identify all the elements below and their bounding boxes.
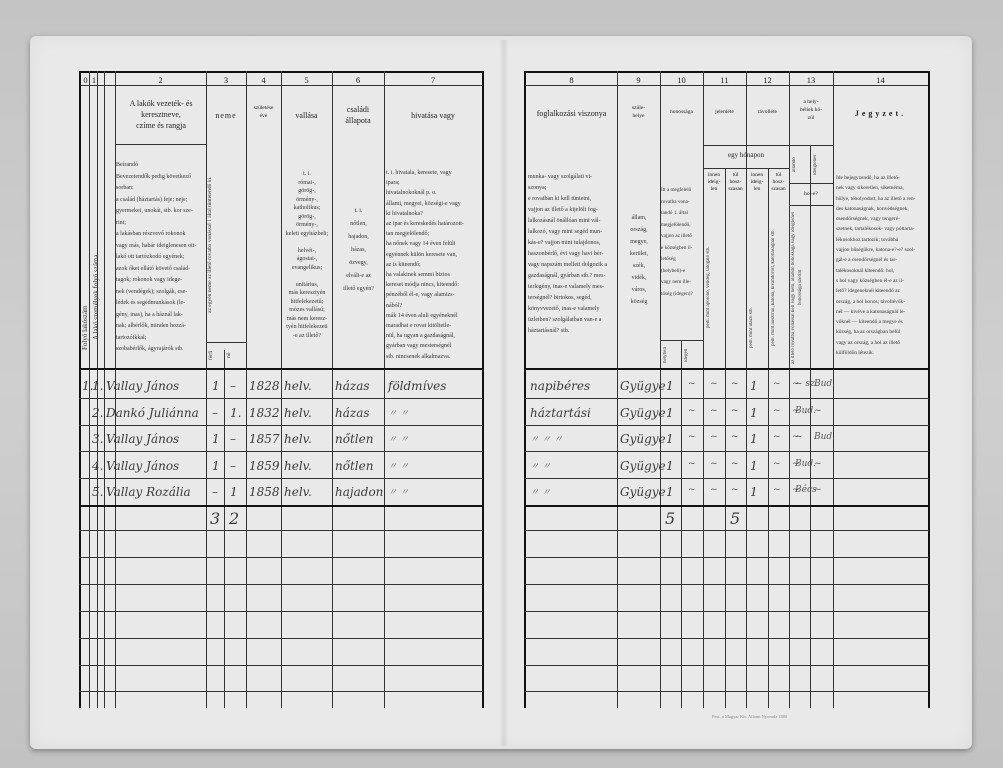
cell-name: Vallay János [106,379,179,393]
instruction-line: gyermekei, unokái, stb. kor sze- [116,206,206,218]
header-absence: távolléte [746,108,789,116]
cell-local-permanent: Bud. [795,406,816,416]
total-local: 5 [665,509,675,528]
instruction-line: község [618,296,660,308]
row-divider [524,584,929,585]
instruction-line: tagok; rokonok vagy idege- [116,275,206,287]
cell-occupation: 〃 〃 [388,406,409,419]
instruction-line: ország, a hol honos; távollévők- [836,297,928,307]
row-divider [79,638,483,639]
cell-birthplace: Gyügye [620,379,666,393]
subheader-absent-long: túl hosz- szasan [768,172,789,193]
row-divider [524,557,929,558]
vertical-instruction-present: pédl. mint ápolónő, vendég, látogató stb… [704,210,725,365]
instructions-birthplace: állam,ország,megye,kerület,szék,vidék,vá… [618,212,660,308]
column-number: 11 [703,75,746,85]
row-divider [79,530,483,531]
header-line: hosz- [768,179,789,186]
instructions-employment: munka- vagy szolgálati vi-szonya;e rovat… [528,172,616,337]
column-number: 8 [526,75,617,85]
cell-person-number: 3. [92,432,103,446]
subheader-one-month: egy hónapon [703,150,789,161]
header-line: szasan [725,186,746,193]
cell-present-long: ~ [731,379,739,389]
row-divider [79,505,483,507]
cell-birth-year: 1828 [249,379,280,393]
cell-local-temporary: Bud. [814,432,835,442]
instruction-line: tőség (idegen)? [661,289,703,301]
instructions-citizenship: Itt a megfelelőrovatba vona-tandó 1. ált… [661,185,703,300]
column-number: 5 [281,75,332,85]
cell-marital-status: nőtlen [335,432,373,446]
subheader-temporary: ideiglenes [811,148,833,181]
instruction-line: háztartásnál? stb. [528,326,616,337]
row-divider [524,478,929,479]
header-line: czíme és rangja [116,120,206,131]
instruction-line: Beírandó [116,160,206,172]
header-line: keresztneve, [116,109,206,120]
instruction-line: város, [618,284,660,296]
instruction-line: görög-, [282,187,332,196]
instruction-line: hajadon, [333,231,384,244]
cell-person-number: 2. [92,406,103,420]
column-number: 10 [660,75,703,85]
instruction-line: házas, [333,244,384,257]
cell-local-permanent: Bud. [795,459,816,469]
instruction-line: -e az illető? [282,332,332,341]
instruction-line: egyénnek külön keresete van, [386,250,482,260]
instruction-line: maradhat e rovat kitöltetle- [386,321,482,331]
header-name-column: A lakók vezeték- és keresztneve, czíme é… [116,98,206,131]
instruction-line: (helybeli)-e [661,266,703,278]
row-divider [524,530,929,531]
instruction-line: nül, ha ugyan a gazdaságnál, [386,331,482,341]
instruction-line: szonya; [528,183,616,194]
instruction-line: stb. nincsenek alkalmazva. [386,352,482,362]
cell-religion: helv. [284,459,312,473]
row-divider [79,478,483,479]
instruction-line: a lakásban részvevő rokonok [116,229,206,241]
header-line: születése [246,104,281,112]
cell-present-short: ~ [710,379,718,389]
instruction-line: terlegény, inas-e valamely mes- [528,282,616,293]
instruction-line: Ide bejegyzendő, ha az illető- [836,173,928,183]
cell-foreign: ~ [688,379,696,389]
total-male: 3 [210,509,220,528]
subheader-present-long: túl hosz- szasan [725,172,746,193]
printer-note: Pest, a Magyar Kir. Állami Nyomda 1880 [712,714,787,719]
cell-local-temporary: ~ [814,459,822,469]
label-sex-instruction: az egyén neme az illető rovatba vonással… [207,155,245,335]
row-divider [524,398,929,399]
cell-local-temporary: ~ [814,485,822,495]
cell-male: – [212,406,218,420]
instruction-line: lakó ott tartózkodó egyének; [116,252,206,264]
cell-female: 1 [230,485,238,499]
header-line: helye [617,112,660,120]
instruction-line: állami, megyei, községi-e vagy [386,199,482,209]
cell-birthplace: Gyügye [620,485,666,499]
instruction-line: nél — kivéve a katonaságnál le- [836,307,928,317]
cell-present: 1 [750,459,758,473]
header-employment: foglalkozási viszonya [526,108,617,119]
page-fold [499,40,509,746]
instruction-line: sorban: [116,183,206,195]
instruction-line: nek vagy sikeretlen, siketnéma, [836,183,928,193]
cell-present-long: ~ [731,406,739,416]
instruction-line: illető egyén? [333,283,384,296]
cell-absent: ~ [773,459,781,469]
instruction-line: mák 14 éven aluli egyéneknél [386,311,482,321]
instruction-line: unitárius, [282,281,332,290]
instruction-line [282,272,332,281]
instructions-occupation: t. i. hivatala, keresete, vagyipara;hiva… [386,168,482,362]
cell-employment: 〃 〃 [530,485,551,498]
instruction-line: szobabérlők, ágyrajárók stb. [116,344,206,356]
instruction-line: vagy nem ille- [661,277,703,289]
cell-female: – [230,459,236,473]
header-line: szasan [768,186,789,193]
instruction-line: lalkozásnál önállóan mint vál- [528,216,616,227]
instruction-line: örmény-, [282,221,332,230]
cell-employment: 〃 〃 [530,459,551,472]
instruction-line: lalkozó, vagy mint segéd mun- [528,227,616,238]
instruction-line: ki hivatalnoka? [386,209,482,219]
header-line: túl [768,172,789,179]
subheader-local: helybeli [661,344,681,366]
instruction-line: hitfelekezetű; [282,298,332,307]
cell-present-long: ~ [731,432,739,442]
vertical-instruction-absent-short: pédl. mint utazó stb. [747,290,768,365]
cell-absent: ~ [773,485,781,495]
row-divider [79,451,483,452]
cell-foreign: ~ [688,432,696,442]
instruction-line: pénzéből él-e, vagy alamizs- [386,290,482,300]
header-line: zül [789,114,833,122]
cell-name: Vallay János [106,432,179,446]
instruction-line: gény, inas), ha a háznál lak- [116,310,206,322]
row-divider [524,665,929,666]
header-line: állapota [332,115,384,126]
cell-employment: háztartási [530,406,591,420]
header-line: innen [703,172,725,179]
instruction-line: letőség [661,254,703,266]
cell-occupation: földmíves [388,379,446,393]
column-number: 6 [332,75,384,85]
label-male: férfi [207,345,224,365]
instruction-line: haszonbérlő, évi vagy havi bér- [528,249,616,260]
header-line: családi [332,104,384,115]
cell-birth-year: 1859 [249,459,280,473]
header-line: szüle- [617,104,660,112]
cell-local-temporary: Bud. [814,379,835,389]
instruction-line: vagy napszám mellett dolgozik a [528,260,616,271]
instruction-line: nőtlen, [333,218,384,231]
cell-present-long: ~ [731,459,739,469]
header-locals: a hely- béliek kö- zül [789,98,833,122]
cell-religion: helv. [284,485,312,499]
cell-male: 1 [212,459,220,473]
cell-person-number: 4. [92,459,103,473]
cell-religion: helv. [284,379,312,393]
cell-local: 1 [666,406,674,420]
instruction-line: vajjon hűségükre, katona-e?-e? szol- [836,245,928,255]
instructions-religion: t. i.római-,görög-,örmény-,katholikus;gö… [282,170,332,340]
row-divider [79,611,483,612]
instruction-line: munka- vagy szolgálati vi- [528,172,616,183]
instruction-line: özvegy, [333,257,384,270]
instruction-line: terségnél? birtokos, segéd, [528,293,616,304]
column-number: 4 [246,75,281,85]
instruction-line: hülye, tébolyodott, ha az illető a ren- [836,194,928,204]
cell-present: 1 [750,406,758,420]
cell-present-long: ~ [731,485,739,495]
row-divider [524,451,929,452]
column-number: 9 [617,75,660,85]
instruction-line: más keresztyén [282,289,332,298]
instruction-line: e rovatban ki kell tüntetni, [528,194,616,205]
instruction-line: keleti egyházbeli; [282,230,332,239]
header-line: éve [246,112,281,120]
header-line: ideig- [746,179,768,186]
instruction-line: ipara; [386,178,482,188]
instruction-line: görög-, [282,213,332,222]
column-number: 0 [82,75,89,85]
total-female: 2 [229,509,239,528]
instruction-line: lédek és segédmunkások (le- [116,298,206,310]
instruction-line: ha nőnek vagy 14 éven felüli [386,239,482,249]
cell-present: 1 [750,432,758,446]
instruction-line: örmény-, [282,196,332,205]
cell-employment: napibéres [530,379,590,393]
cell-female: 1. [230,406,241,420]
instruction-line: ha valakinek semmi biztos [386,270,482,280]
instruction-line: az is kiteendő; [386,260,482,270]
cell-male: 1 [212,432,220,446]
instruction-line: t. i. [282,170,332,179]
cell-local-temporary: ~ [814,406,822,416]
cell-foreign: ~ [688,459,696,469]
header-birthplace: szüle- helye [617,104,660,120]
subheader-foreign: idegen [682,344,703,366]
row-divider [524,505,929,507]
header-line: innen [746,172,768,179]
instruction-line: Bevezetendők pedig következő [116,172,206,184]
instruction-line: kereset módja nincs, kiteendő: [386,280,482,290]
row-divider [79,557,483,558]
header-line: hosz- [725,179,746,186]
instruction-line [282,238,332,247]
instruction-line: nából? [386,301,482,311]
instruction-line: megye, [618,236,660,248]
instruction-line: tan megjelölendő; [386,229,482,239]
row-divider [79,665,483,666]
cell-female: – [230,432,236,446]
cell-birth-year: 1858 [249,485,280,499]
header-birth-year: születése éve [246,104,281,120]
cell-foreign: ~ [688,406,696,416]
instruction-line: római-, [282,179,332,188]
column-number: 13 [789,75,833,85]
cell-absent: ~ [773,379,781,389]
instruction-line: gyárban vagy mesterségnél [386,341,482,351]
instruction-line: e községben il- [661,243,703,255]
instruction-line: vajjon az illető a kijelölt fog- [528,205,616,216]
instruction-line: talékosoknál kiteendő: hol, [836,266,928,276]
header-line: len [703,186,725,193]
instruction-line: Itt a megfelelő [661,185,703,197]
instruction-line: t. i. [333,205,384,218]
cell-employment: 〃 〃 〃 [530,432,563,445]
instruction-line: az ipar és kereskedés határozott- [386,219,482,229]
instruction-line: könyvvezető, inas-e valamely [528,304,616,315]
subheader-present-short: innen ideig- len [703,172,725,193]
label-female: nő [225,345,245,365]
label-house-number: Folyó lakószám [81,290,89,365]
instruction-line: ágostai-, [282,255,332,264]
cell-marital-status: házas [335,406,370,420]
instruction-line: külföldön létezik. [836,348,928,358]
cell-name: Vallay Rozália [106,485,191,499]
header-sex: neme [206,110,246,121]
header-marital-status: családi állapota [332,104,384,126]
cell-absent: ~ [773,406,781,416]
header-religion: vallása [281,110,332,121]
cell-present-short: ~ [710,432,718,442]
header-occupation: hivatása vagy [384,110,482,121]
header-line: a hely- [789,98,833,106]
cell-marital-status: nőtlen [335,459,373,473]
instruction-line: szetnek, tartalékosok- vagy póttarta- [836,224,928,234]
cell-birth-year: 1832 [249,406,280,420]
cell-name: Vallay János [106,459,179,473]
row-divider [524,691,929,692]
instruction-line: hivatalnokoknál p. o. [386,188,482,198]
subheader-permanent: állandó [790,150,810,180]
row-divider [524,638,929,639]
instruction-line: más nem keresz- [282,315,332,324]
total-present: 5 [730,509,740,528]
instruction-line: község, ha az országban belül [836,327,928,337]
column-number: 14 [833,75,928,85]
instruction-line: nak; albérlők, minden hozzá- [116,321,206,333]
instruction-line: lékosokhoz tartozik; továbbá [836,235,928,245]
cell-person-number: 1. [92,379,103,393]
instruction-line: azok őket ellátó követő család- [116,264,206,276]
instruction-line: nek (vendégek); szolgák, cse- [116,287,206,299]
cell-marital-status: házas [335,379,370,393]
instruction-line: megjelölendő, [661,220,703,232]
row-divider [524,611,929,612]
cell-birth-year: 1857 [249,432,280,446]
header-line: ideig- [703,179,725,186]
header-line: len [746,186,768,193]
cell-marital-status: hajadon [335,485,383,499]
cell-present-short: ~ [710,459,718,469]
instruction-line: evangelikus; [282,264,332,273]
column-number: 3 [206,75,246,85]
header-line: túl [725,172,746,179]
row-divider [79,425,483,426]
instruction-line: elvált-e az [333,270,384,283]
instruction-line: vajjon az illető [661,231,703,243]
column-number: 1 [91,75,97,85]
row-divider [524,425,929,426]
instruction-line: gazdaságnál, gyárban stb.? mes- [528,271,616,282]
instruction-line: vidék, [618,272,660,284]
cell-male: 1 [212,379,220,393]
instruction-line: mózes vallású; [282,306,332,315]
cell-absent: ~ [773,432,781,442]
cell-local: 1 [666,432,674,446]
subheader-where: hol-e? [789,190,833,198]
label-person-number: A lakó személyek folyó száma [92,230,98,365]
instruction-line: vagy más, habár ideiglenesen ott- [116,241,206,253]
instruction-line: vagy az ország, a hol az illető [836,338,928,348]
row-divider [79,691,483,692]
instruction-line: rovatba vona- [661,197,703,209]
cell-birthplace: Gyügye [620,406,666,420]
row-divider [79,584,483,585]
cell-local: 1 [666,485,674,499]
cell-female: – [230,379,236,393]
subheader-absent-short: innen ideig- len [746,172,768,193]
instruction-line: állam, [618,212,660,224]
column-number: 12 [746,75,789,85]
cell-present: 1 [750,485,758,499]
cell-birthplace: Gyügye [620,459,666,473]
header-notes: Jegyzet. [833,108,928,119]
instruction-line: vőknél — kiteendő a megye és [836,317,928,327]
cell-present-short: ~ [710,485,718,495]
cell-local: 1 [666,459,674,473]
vertical-instruction-locals: az illető rovatba vonással kell vagy nem… [790,210,832,365]
instructions-name-column: BeírandóBevezetendők pedig következősorb… [116,160,206,356]
cell-name: Dankó Juliánna [106,406,199,420]
instruction-line: s hol vagy községben él-e az il- [836,276,928,286]
instruction-line: ország, [618,224,660,236]
cell-local: 1 [666,379,674,393]
header-citizenship: honossága [660,108,703,116]
instruction-line: a család (háztartás) feje; neje; [116,195,206,207]
instruction-line: helvét-, [282,247,332,256]
instructions-notes: Ide bejegyzendő, ha az illető-nek vagy s… [836,173,928,358]
instruction-line: üzletben? szolgálatban van-e a [528,315,616,326]
cell-local-permanent: ~ [795,432,803,442]
instruction-line: tandó 1. által [661,208,703,220]
instruction-line: csendőrségnek, vagy tengeré- [836,214,928,224]
cell-occupation: 〃 〃 [388,485,409,498]
instruction-line: lető? idegeneknél kiteendő az [836,286,928,296]
cell-occupation: 〃 〃 [388,432,409,445]
column-number: 7 [384,75,482,85]
cell-occupation: 〃 〃 [388,459,409,472]
cell-religion: helv. [284,432,312,446]
instructions-marital: t. i.nőtlen,hajadon,házas,özvegy,elvált-… [333,205,384,296]
cell-foreign: ~ [688,485,696,495]
cell-present: 1 [750,379,758,393]
cell-person-number: 5. [92,485,103,499]
cell-birthplace: Gyügye [620,432,666,446]
header-line: A lakók vezeték- és [116,98,206,109]
instruction-line: gál-e a csendőrségnél és tar- [836,255,928,265]
instruction-line: kerület, [618,248,660,260]
instruction-line: t. i. hivatala, keresete, vagy [386,168,482,178]
header-line: béliek kö- [789,106,833,114]
cell-religion: helv. [284,406,312,420]
instruction-line: des katonaságnak, honvédségnek, [836,204,928,214]
instruction-line: tyén hitfelekezeti [282,323,332,332]
